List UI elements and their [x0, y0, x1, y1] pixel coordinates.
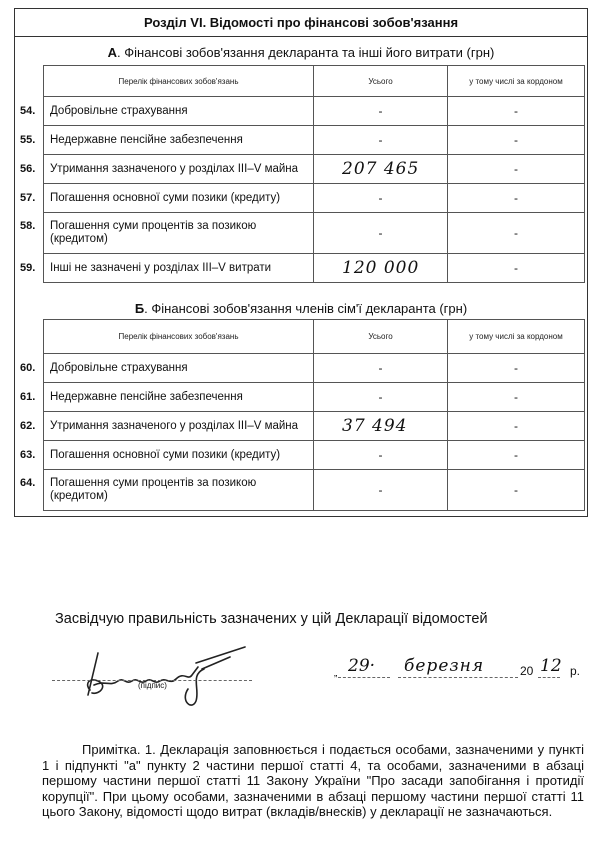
table-row: 63.Погашення основної суми позики (креди… — [44, 441, 585, 470]
abroad-value: - — [448, 254, 585, 283]
row-number: 54. — [20, 105, 42, 118]
obligation-label: 54.Добровільне страхування — [44, 97, 314, 126]
table-row: 64.Погашення суми процентів за позикою (… — [44, 470, 585, 511]
row-number: 59. — [20, 262, 42, 275]
total-value: - — [314, 184, 448, 213]
row-label-text: Утримання зазначеного у розділах III–V м… — [50, 420, 298, 432]
date-day-line — [338, 677, 390, 678]
table-row: 58.Погашення суми процентів за позикою (… — [44, 213, 585, 254]
part-a-letter: А — [108, 45, 117, 60]
row-label-text: Недержавне пенсійне забезпечення — [50, 134, 243, 146]
table-header-row: Перелік фінансових зобов'язань Усього у … — [44, 320, 585, 354]
date-year: 12 — [540, 656, 562, 676]
date-year-line — [538, 677, 560, 678]
header-obligations: Перелік фінансових зобов'язань — [44, 320, 314, 354]
abroad-value: - — [448, 412, 585, 441]
row-label-text: Інші не зазначені у розділах III–V витра… — [50, 262, 271, 274]
date-suffix: р. — [570, 664, 580, 678]
obligation-label: 59.Інші не зазначені у розділах III–V ви… — [44, 254, 314, 283]
obligation-label: 58.Погашення суми процентів за позикою (… — [44, 213, 314, 254]
total-value: - — [314, 213, 448, 254]
total-value: - — [314, 354, 448, 383]
header-total: Усього — [314, 66, 448, 97]
obligation-label: 62.Утримання зазначеного у розділах III–… — [44, 412, 314, 441]
obligation-label: 55.Недержавне пенсійне забезпечення — [44, 126, 314, 155]
total-value: - — [314, 441, 448, 470]
row-number: 56. — [20, 163, 42, 176]
row-label-text: Добровільне страхування — [50, 105, 188, 117]
row-number: 58. — [20, 220, 42, 233]
row-label-text: Недержавне пенсійне забезпечення — [50, 391, 243, 403]
date-day: 29· — [348, 656, 375, 676]
row-number: 61. — [20, 391, 42, 404]
part-b-title-text: . Фінансові зобов'язання членів сім'ї де… — [144, 301, 467, 316]
obligation-label: 56.Утримання зазначеного у розділах III–… — [44, 155, 314, 184]
header-abroad: у тому числі за кордоном — [448, 66, 585, 97]
abroad-value: - — [448, 126, 585, 155]
abroad-value: - — [448, 155, 585, 184]
handwritten-total-value: 207 465 — [314, 155, 448, 184]
part-b-table: Перелік фінансових зобов'язань Усього у … — [43, 319, 585, 511]
table-row: 61.Недержавне пенсійне забезпечення-- — [44, 383, 585, 412]
part-a-table: Перелік фінансових зобов'язань Усього у … — [43, 65, 585, 283]
abroad-value: - — [448, 97, 585, 126]
section-frame: Розділ VI. Відомості про фінансові зобов… — [14, 8, 588, 517]
date-open-quote: „ — [334, 668, 337, 679]
table-row: 59.Інші не зазначені у розділах III–V ви… — [44, 254, 585, 283]
row-label-text: Утримання зазначеного у розділах III–V м… — [50, 163, 298, 175]
abroad-value: - — [448, 441, 585, 470]
abroad-value: - — [448, 354, 585, 383]
obligation-label: 64.Погашення суми процентів за позикою (… — [44, 470, 314, 511]
table-header-row: Перелік фінансових зобов'язань Усього у … — [44, 66, 585, 97]
row-label-text: Погашення суми процентів за позикою (кре… — [50, 477, 256, 502]
date-century: 20 — [520, 664, 533, 678]
part-a-title-text: . Фінансові зобов'язання декларанта та і… — [117, 45, 494, 60]
abroad-value: - — [448, 383, 585, 412]
obligation-label: 60.Добровільне страхування — [44, 354, 314, 383]
abroad-value: - — [448, 184, 585, 213]
row-label-text: Погашення основної суми позики (кредиту) — [50, 192, 280, 204]
handwritten-total-value: 37 494 — [314, 412, 448, 441]
total-value: - — [314, 383, 448, 412]
row-number: 64. — [20, 477, 42, 490]
table-row: 60.Добровільне страхування-- — [44, 354, 585, 383]
row-number: 62. — [20, 420, 42, 433]
part-b-letter: Б — [135, 301, 144, 316]
obligation-label: 63.Погашення основної суми позики (креди… — [44, 441, 314, 470]
date-month: березня — [404, 656, 484, 676]
table-row: 57.Погашення основної суми позики (креди… — [44, 184, 585, 213]
abroad-value: - — [448, 470, 585, 511]
row-label-text: Погашення основної суми позики (кредиту) — [50, 449, 280, 461]
total-value: - — [314, 470, 448, 511]
table-row: 56.Утримання зазначеного у розділах III–… — [44, 155, 585, 184]
obligation-label: 61.Недержавне пенсійне забезпечення — [44, 383, 314, 412]
total-value: - — [314, 126, 448, 155]
signature-caption: (підпис) — [138, 681, 167, 690]
footnote: Примітка. 1. Декларація заповнюється і п… — [42, 742, 584, 820]
certification-statement: Засвідчую правильність зазначених у цій … — [55, 611, 488, 627]
row-number: 57. — [20, 192, 42, 205]
row-label-text: Добровільне страхування — [50, 362, 188, 374]
header-abroad: у тому числі за кордоном — [448, 320, 585, 354]
row-label-text: Погашення суми процентів за позикою (кре… — [50, 220, 256, 245]
obligation-label: 57.Погашення основної суми позики (креди… — [44, 184, 314, 213]
row-number: 63. — [20, 449, 42, 462]
table-row: 55.Недержавне пенсійне забезпечення-- — [44, 126, 585, 155]
abroad-value: - — [448, 213, 585, 254]
part-a-title: А. Фінансові зобов'язання декларанта та … — [15, 45, 587, 60]
handwritten-total-value: 120 000 — [314, 254, 448, 283]
section-title: Розділ VI. Відомості про фінансові зобов… — [15, 9, 587, 37]
date-month-line — [398, 677, 518, 678]
header-obligations: Перелік фінансових зобов'язань — [44, 66, 314, 97]
table-row: 54.Добровільне страхування-- — [44, 97, 585, 126]
header-total: Усього — [314, 320, 448, 354]
part-b-title: Б. Фінансові зобов'язання членів сім'ї д… — [15, 301, 587, 316]
row-number: 60. — [20, 362, 42, 375]
row-number: 55. — [20, 134, 42, 147]
table-row: 62.Утримання зазначеного у розділах III–… — [44, 412, 585, 441]
total-value: - — [314, 97, 448, 126]
